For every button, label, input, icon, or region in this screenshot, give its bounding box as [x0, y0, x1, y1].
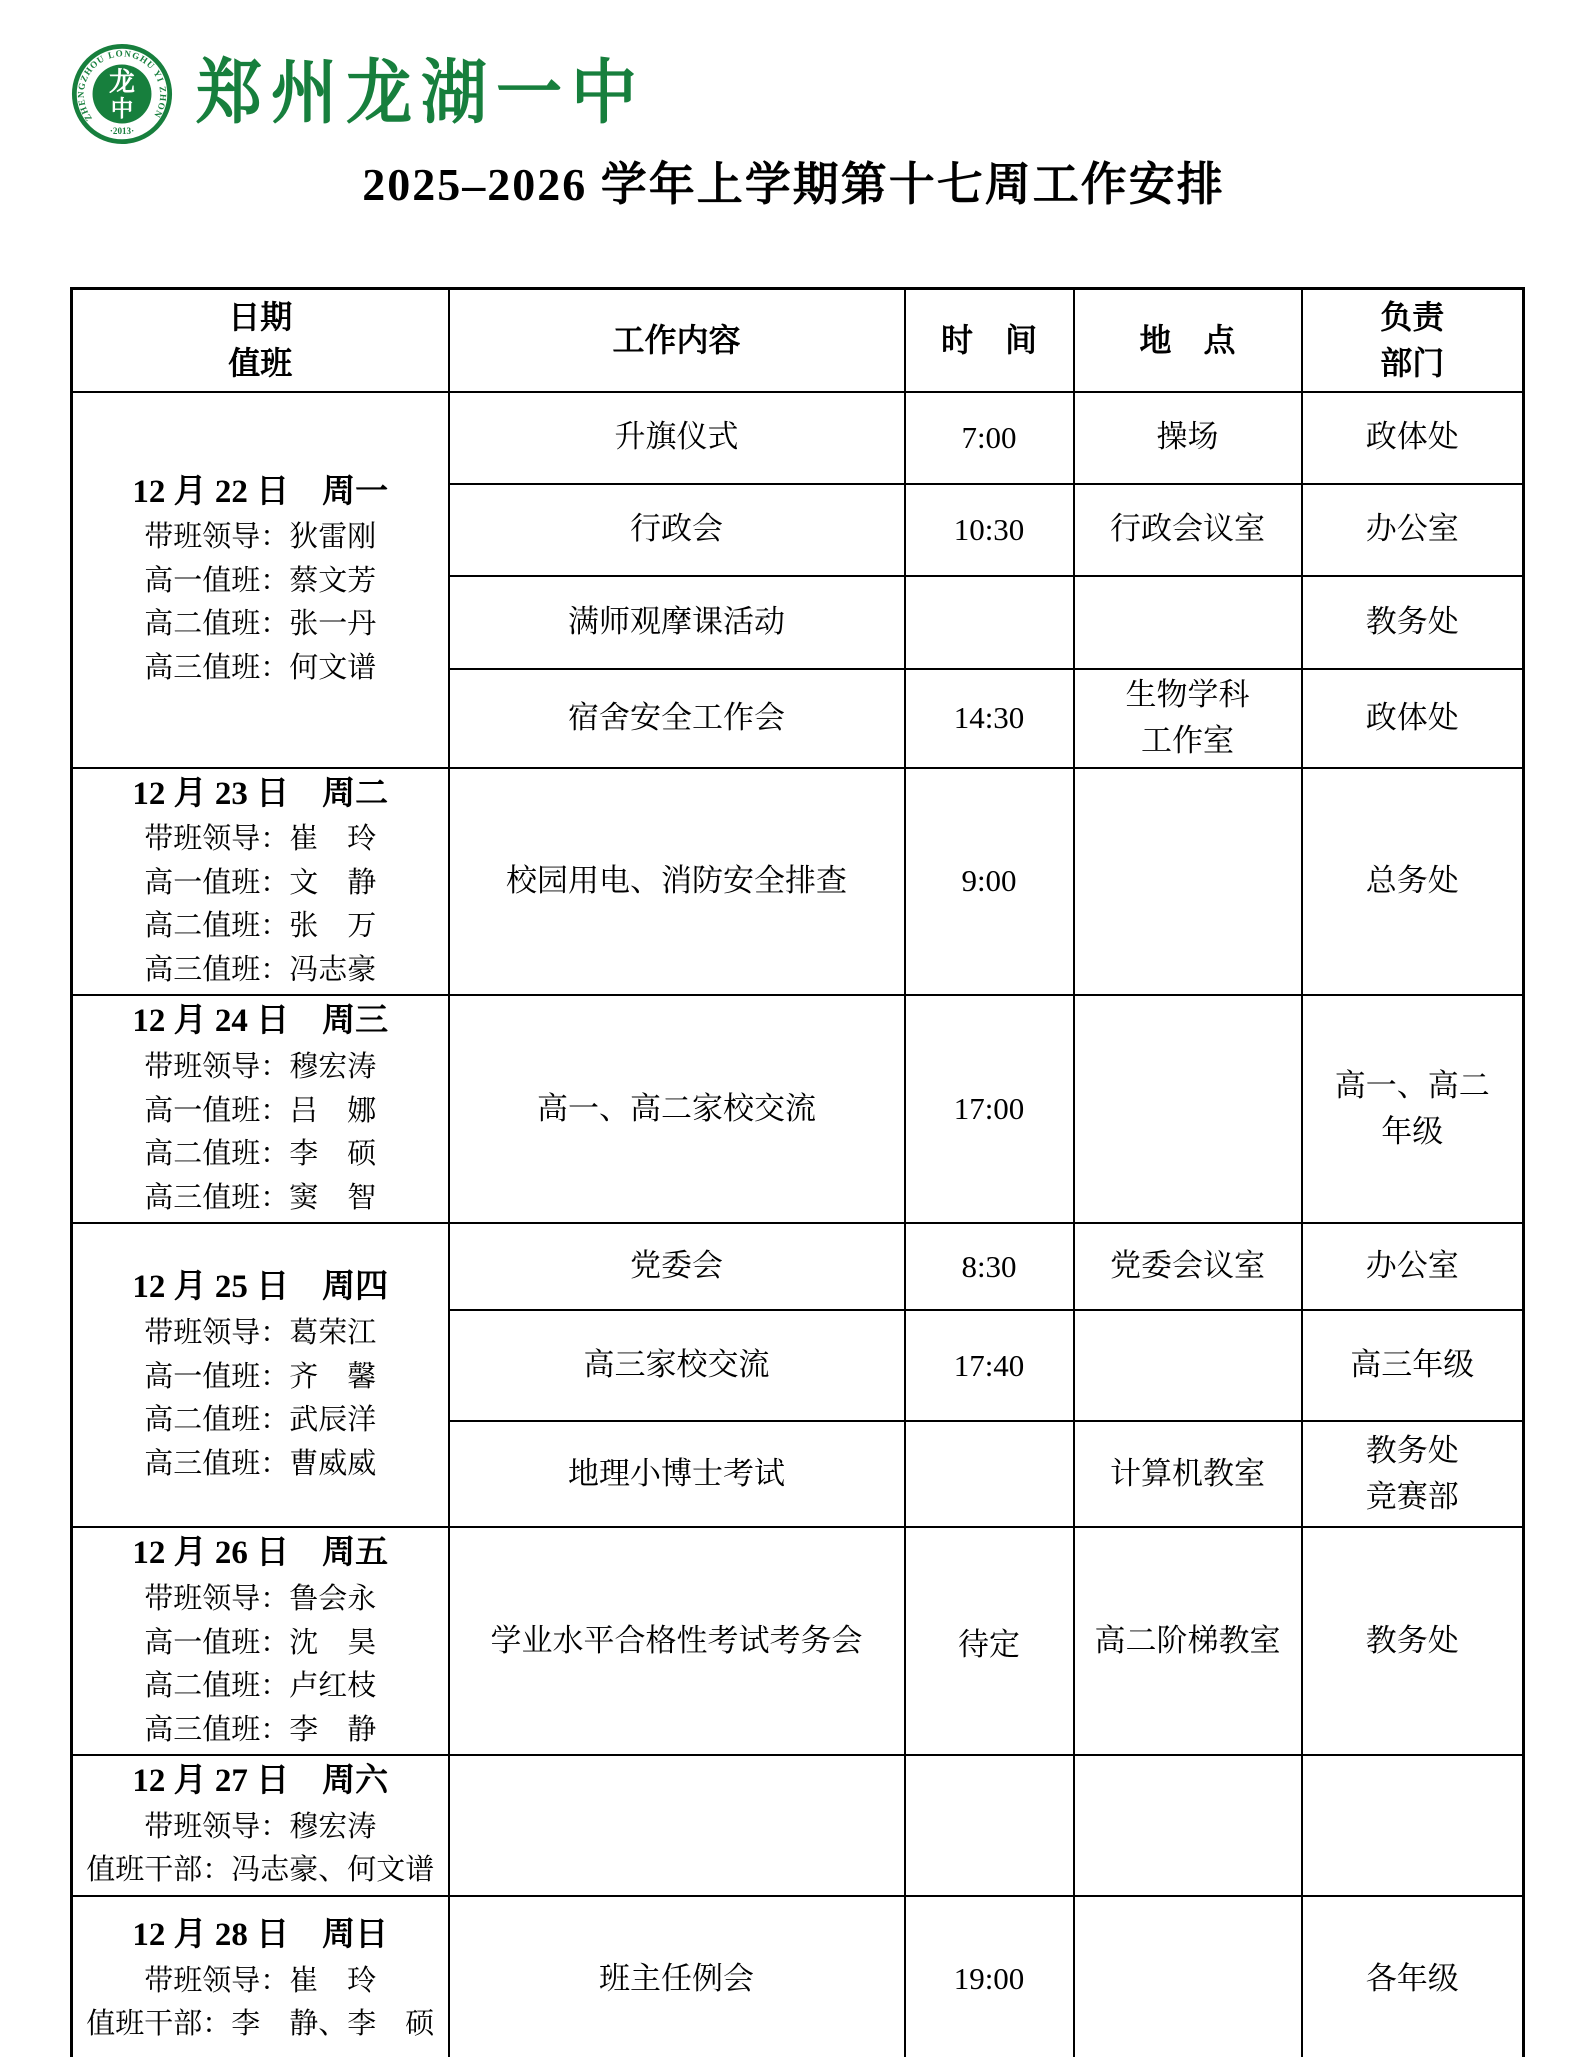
time-cell: 14:30	[905, 669, 1074, 768]
department-cell: 教务处 竞赛部	[1302, 1421, 1524, 1527]
school-logo-row: ZHENGZHOU LONGHU YI ZHONG ·2013· 龙 中 郑州龙…	[70, 38, 646, 150]
date-label: 12 月 25 日 周四	[77, 1264, 444, 1312]
time-cell: 8:30	[905, 1223, 1074, 1310]
work-content-cell: 满师观摩课活动	[449, 576, 905, 669]
place-cell	[1074, 768, 1302, 996]
school-name: 郑州龙湖一中	[196, 59, 646, 129]
time-cell: 10:30	[905, 484, 1074, 576]
duty-roster: 带班领导：穆宏涛 值班干部：冯志豪、何文谱	[77, 1806, 444, 1893]
date-cell-monday: 12 月 22 日 周一 带班领导：狄雷刚 高一值班：蔡文芳 高二值班：张一丹 …	[72, 392, 449, 768]
schedule-page: ZHENGZHOU LONGHU YI ZHONG ·2013· 龙 中 郑州龙…	[0, 0, 1587, 2057]
department-cell: 高一、高二 年级	[1302, 995, 1524, 1223]
place-cell	[1074, 995, 1302, 1223]
work-content-cell: 班主任例会	[449, 1896, 905, 2057]
department-cell: 高三年级	[1302, 1310, 1524, 1421]
row-saturday: 12 月 27 日 周六 带班领导：穆宏涛 值班干部：冯志豪、何文谱	[72, 1755, 1524, 1896]
department-cell	[1302, 1755, 1524, 1896]
seal-character-long: 龙	[109, 68, 135, 97]
school-seal-logo: ZHENGZHOU LONGHU YI ZHONG ·2013· 龙 中	[70, 42, 174, 146]
place-cell: 生物学科 工作室	[1074, 669, 1302, 768]
row-thu-activity-1: 12 月 25 日 周四 带班领导：葛荣江 高一值班：齐 馨 高二值班：武辰洋 …	[72, 1223, 1524, 1310]
header-cell-place: 地 点	[1074, 289, 1302, 392]
date-label: 12 月 23 日 周二	[77, 771, 444, 819]
date-label: 12 月 27 日 周六	[77, 1758, 444, 1806]
row-wednesday: 12 月 24 日 周三 带班领导：穆宏涛 高一值班：吕 娜 高二值班：李 硕 …	[72, 995, 1524, 1223]
header-cell-content: 工作内容	[449, 289, 905, 392]
date-cell-saturday: 12 月 27 日 周六 带班领导：穆宏涛 值班干部：冯志豪、何文谱	[72, 1755, 449, 1896]
date-label: 12 月 26 日 周五	[77, 1530, 444, 1578]
duty-roster: 带班领导：鲁会永 高一值班：沈 昊 高二值班：卢红枝 高三值班：李 静	[77, 1578, 444, 1752]
place-cell	[1074, 1310, 1302, 1421]
department-cell: 政体处	[1302, 392, 1524, 484]
date-label: 12 月 24 日 周三	[77, 998, 444, 1046]
row-friday: 12 月 26 日 周五 带班领导：鲁会永 高一值班：沈 昊 高二值班：卢红枝 …	[72, 1527, 1524, 1755]
work-content-cell	[449, 1755, 905, 1896]
work-schedule-table: 日期 值班 工作内容 时 间 地 点 负责 部门 12 月 22 日 周一 带班…	[70, 287, 1525, 2057]
work-content-cell: 升旗仪式	[449, 392, 905, 484]
place-cell: 高二阶梯教室	[1074, 1527, 1302, 1755]
department-cell: 教务处	[1302, 1527, 1524, 1755]
time-cell: 9:00	[905, 768, 1074, 996]
time-cell	[905, 1755, 1074, 1896]
work-content-cell: 党委会	[449, 1223, 905, 1310]
date-cell-sunday: 12 月 28 日 周日 带班领导：崔 玲 值班干部：李 静、李 硕	[72, 1896, 449, 2057]
work-content-cell: 宿舍安全工作会	[449, 669, 905, 768]
place-cell: 计算机教室	[1074, 1421, 1302, 1527]
time-cell: 7:00	[905, 392, 1074, 484]
time-cell: 待定	[905, 1527, 1074, 1755]
work-content-cell: 校园用电、消防安全排查	[449, 768, 905, 996]
seal-year-text: ·2013·	[110, 126, 134, 136]
row-tuesday: 12 月 23 日 周二 带班领导：崔 玲 高一值班：文 静 高二值班：张 万 …	[72, 768, 1524, 996]
place-cell	[1074, 1896, 1302, 2057]
seal-character-zhong: 中	[111, 97, 134, 122]
work-content-cell: 行政会	[449, 484, 905, 576]
department-cell: 办公室	[1302, 484, 1524, 576]
department-cell: 各年级	[1302, 1896, 1524, 2057]
date-cell-friday: 12 月 26 日 周五 带班领导：鲁会永 高一值班：沈 昊 高二值班：卢红枝 …	[72, 1527, 449, 1755]
duty-roster: 带班领导：狄雷刚 高一值班：蔡文芳 高二值班：张一丹 高三值班：何文谱	[77, 516, 444, 690]
date-cell-thursday: 12 月 25 日 周四 带班领导：葛荣江 高一值班：齐 馨 高二值班：武辰洋 …	[72, 1223, 449, 1527]
work-content-cell: 高一、高二家校交流	[449, 995, 905, 1223]
duty-roster: 带班领导：崔 玲 高一值班：文 静 高二值班：张 万 高三值班：冯志豪	[77, 818, 444, 992]
table-header-row: 日期 值班 工作内容 时 间 地 点 负责 部门	[72, 289, 1524, 392]
header-cell-time: 时 间	[905, 289, 1074, 392]
date-label: 12 月 22 日 周一	[77, 469, 444, 517]
row-sunday: 12 月 28 日 周日 带班领导：崔 玲 值班干部：李 静、李 硕 班主任例会…	[72, 1896, 1524, 2057]
date-cell-wednesday: 12 月 24 日 周三 带班领导：穆宏涛 高一值班：吕 娜 高二值班：李 硕 …	[72, 995, 449, 1223]
place-cell	[1074, 576, 1302, 669]
time-cell: 19:00	[905, 1896, 1074, 2057]
place-cell	[1074, 1755, 1302, 1896]
work-content-cell: 学业水平合格性考试考务会	[449, 1527, 905, 1755]
work-content-cell: 高三家校交流	[449, 1310, 905, 1421]
duty-roster: 带班领导：葛荣江 高一值班：齐 馨 高二值班：武辰洋 高三值班：曹威威	[77, 1312, 444, 1486]
place-cell: 操场	[1074, 392, 1302, 484]
place-cell: 党委会议室	[1074, 1223, 1302, 1310]
date-cell-tuesday: 12 月 23 日 周二 带班领导：崔 玲 高一值班：文 静 高二值班：张 万 …	[72, 768, 449, 996]
row-mon-activity-1: 12 月 22 日 周一 带班领导：狄雷刚 高一值班：蔡文芳 高二值班：张一丹 …	[72, 392, 1524, 484]
department-cell: 总务处	[1302, 768, 1524, 996]
time-cell	[905, 1421, 1074, 1527]
duty-roster: 带班领导：穆宏涛 高一值班：吕 娜 高二值班：李 硕 高三值班：窦 智	[77, 1046, 444, 1220]
work-content-cell: 地理小博士考试	[449, 1421, 905, 1527]
department-cell: 办公室	[1302, 1223, 1524, 1310]
date-label: 12 月 28 日 周日	[77, 1912, 444, 1960]
time-cell: 17:00	[905, 995, 1074, 1223]
header-cell-date: 日期 值班	[72, 289, 449, 392]
time-cell: 17:40	[905, 1310, 1074, 1421]
page-title: 2025–2026 学年上学期第十七周工作安排	[0, 148, 1587, 214]
time-cell	[905, 576, 1074, 669]
header-cell-department: 负责 部门	[1302, 289, 1524, 392]
place-cell: 行政会议室	[1074, 484, 1302, 576]
duty-roster: 带班领导：崔 玲 值班干部：李 静、李 硕	[77, 1960, 444, 2047]
department-cell: 政体处	[1302, 669, 1524, 768]
department-cell: 教务处	[1302, 576, 1524, 669]
